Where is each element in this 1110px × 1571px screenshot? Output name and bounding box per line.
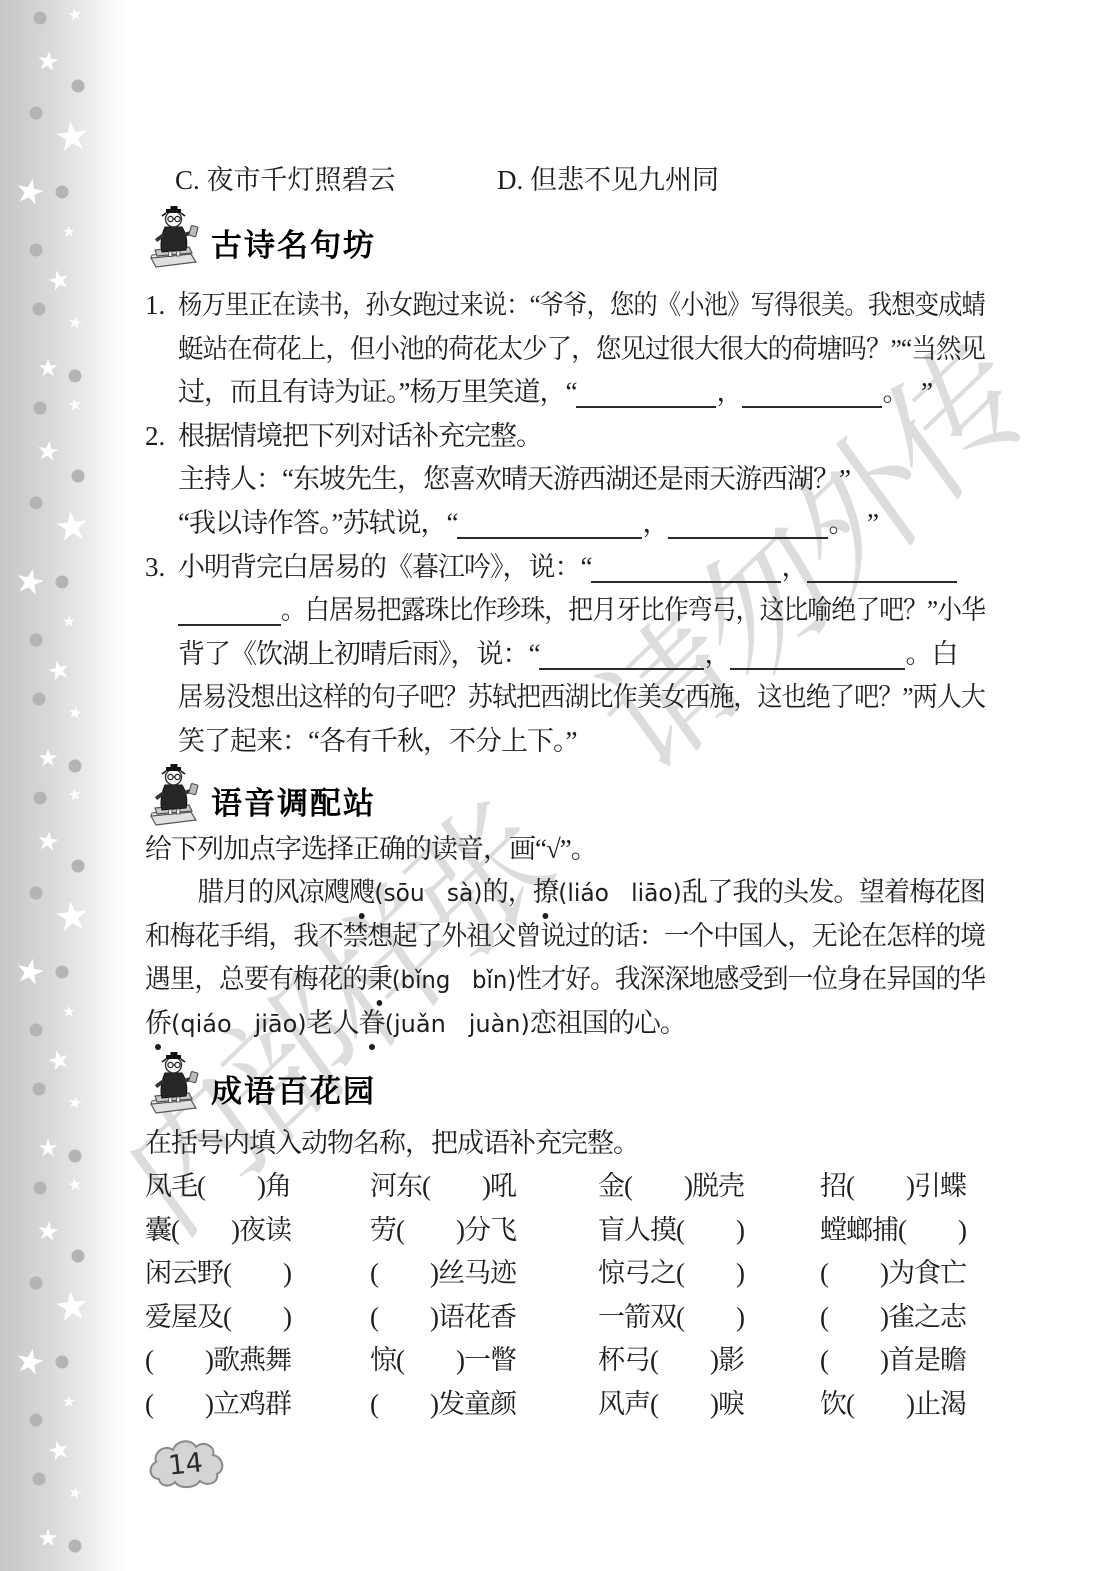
- text-line: 侨(qiáo jiāo)老人眷(juǎn juàn)恋祖国的心。: [145, 1002, 990, 1046]
- idiom-cell: 盲人摸( ): [598, 1209, 820, 1253]
- text-line: 主持人：“东坡先生，您喜欢晴天游西湖还是雨天游西湖？”: [178, 458, 990, 502]
- idiom-cell: ( )雀之志: [820, 1296, 990, 1340]
- pinyin-options: (sōu sà): [374, 879, 482, 907]
- exercise-item-3: 3.小明背完白居易的《暮江吟》，说：“， 。白居易把露珠比作珍珠，把月牙比作弯弓…: [145, 546, 990, 764]
- text-line: 笑了起来：“各有千秋，不分上下。”: [178, 720, 990, 764]
- dotted-char: 秉: [367, 958, 392, 1002]
- dot-decoration: [56, 576, 69, 589]
- dot-decoration: [30, 887, 43, 900]
- star-icon: ★: [35, 828, 62, 857]
- dot-decoration: [72, 470, 85, 483]
- dot-decoration: [33, 1473, 46, 1486]
- idiom-cell: 一箭双( ): [598, 1296, 820, 1340]
- dot-decoration: [69, 370, 82, 383]
- text-line: 2.根据情境把下列对话补充完整。: [178, 415, 990, 459]
- idiom-cell: 囊( )夜读: [145, 1209, 370, 1253]
- star-icon: ★: [52, 115, 92, 159]
- star-icon: ★: [45, 656, 74, 687]
- dot-decoration: [34, 12, 47, 25]
- dot-decoration: [33, 1083, 46, 1096]
- idiom-cell: 螳螂捕( ): [820, 1209, 990, 1253]
- exercise-item-1: 1.杨万里正在读书，孙女跑过来说：“爷爷，您的《小池》写得很美。我想变成蜻 蜓站…: [145, 284, 990, 415]
- idiom-cell: 杯弓( )影: [598, 1339, 820, 1383]
- star-icon: ★: [45, 1436, 74, 1467]
- star-icon: ★: [52, 505, 92, 549]
- item-number: 2.: [145, 415, 178, 459]
- dotted-char: 撩: [533, 871, 558, 915]
- star-icon: ★: [67, 396, 84, 414]
- dot-decoration: [56, 1356, 69, 1369]
- dot-decoration: [72, 860, 85, 873]
- scholar-icon: [145, 764, 203, 828]
- section-title-idioms: 成语百花园: [211, 1077, 376, 1116]
- dot-decoration: [56, 186, 69, 199]
- star-icon: ★: [35, 48, 62, 77]
- text-line: 1.杨万里正在读书，孙女跑过来说：“爷爷，您的《小池》写得很美。我想变成蜻: [178, 284, 990, 328]
- dot-decoration: [72, 1250, 85, 1263]
- pinyin-options: (juǎn juàn): [385, 1010, 530, 1038]
- option-c: C. 夜市千灯照碧云: [175, 158, 497, 202]
- dotted-char: 侨: [145, 1002, 171, 1046]
- answer-blank: [730, 638, 905, 670]
- choice-options-row: C. 夜市千灯照碧云 D. 但悲不见九州同: [145, 158, 990, 202]
- dot-decoration: [30, 107, 43, 120]
- star-icon: ★: [35, 438, 62, 467]
- idiom-cell: 劳( )分飞: [370, 1209, 598, 1253]
- dot-decoration: [69, 760, 82, 773]
- answer-blank: [576, 376, 716, 408]
- dot-decoration: [34, 792, 47, 805]
- dotted-char: 眷: [359, 1002, 385, 1046]
- star-icon: ★: [12, 952, 49, 992]
- answer-blank: [742, 376, 882, 408]
- star-icon: ★: [62, 1395, 75, 1410]
- star-icon: ★: [62, 1005, 75, 1020]
- text-line: 过，而且有诗为证。”杨万里笑道，“，。 ”: [178, 371, 990, 415]
- dot-decoration: [30, 1414, 43, 1427]
- text-line: 和梅花手绢，我不禁想起了外祖父曾说过的话：一个中国人，无论在怎样的境: [145, 915, 990, 959]
- star-icon: ★: [52, 1285, 92, 1329]
- text-line: 背了《饮湖上初晴后雨》，说：“，。白: [178, 633, 990, 677]
- page-number-cloud: 14: [146, 1434, 226, 1495]
- text-line: 居易没想出这样的句子吧？苏轼把西湖比作美女西施，这也绝了吧？”两人大: [178, 676, 990, 720]
- star-icon: ★: [62, 225, 75, 240]
- text-line: “我以诗作答。”苏轼说，“，。 ”: [178, 502, 990, 546]
- star-icon: ★: [12, 172, 49, 212]
- text-line: 3.小明背完白居易的《暮江吟》，说：“，: [178, 546, 990, 590]
- dot-decoration: [34, 1182, 47, 1195]
- item-number: 1.: [145, 284, 178, 328]
- text-line: 腊月的风凉飕飕(sōu sà)的，撩(liáo liāo)乱了我的头发。望着梅花…: [145, 871, 990, 915]
- star-icon: ★: [67, 6, 84, 24]
- answer-blank: [539, 638, 704, 670]
- answer-blank: [668, 507, 828, 539]
- pinyin-options: (liáo liāo): [558, 879, 682, 907]
- star-icon: ★: [67, 786, 84, 804]
- idiom-cell: ( )立鸡群: [145, 1383, 370, 1427]
- dotted-char: 飕: [349, 871, 374, 915]
- dot-decoration: [34, 402, 47, 415]
- section-title-poetry: 古诗名句坊: [211, 231, 376, 270]
- idiom-grid: 凤毛( )角河东( )吼金( )脱壳招( )引蝶囊( )夜读劳( )分飞盲人摸(…: [145, 1165, 990, 1427]
- scholar-icon: [145, 206, 203, 270]
- dot-decoration: [30, 497, 43, 510]
- idiom-cell: ( )为食亡: [820, 1252, 990, 1296]
- section-header-idioms: 成语百花园: [145, 1052, 990, 1116]
- dot-decoration: [69, 1540, 82, 1553]
- star-icon: ★: [45, 1046, 74, 1077]
- answer-blank: [807, 551, 957, 583]
- star-icon: ★: [67, 1094, 84, 1112]
- idiom-cell: ( )发童颜: [370, 1383, 598, 1427]
- star-icon: ★: [12, 1342, 49, 1382]
- idiom-cell: 饮( )止渴: [820, 1383, 990, 1427]
- star-icon: ★: [67, 1484, 84, 1502]
- dot-decoration: [30, 1277, 43, 1290]
- idiom-cell: 风声( )唳: [598, 1383, 820, 1427]
- star-icon: ★: [37, 1526, 59, 1550]
- exercise-item-2: 2.根据情境把下列对话补充完整。 主持人：“东坡先生，您喜欢晴天游西湖还是雨天游…: [145, 415, 990, 546]
- pinyin-options: (bǐng bǐn): [392, 966, 516, 994]
- option-d: D. 但悲不见九州同: [497, 158, 719, 202]
- section-header-pronunciation: 语音调配站: [145, 764, 990, 828]
- text-line: 遇里，总要有梅花的秉(bǐng bǐn)性才好。我深深地感受到一位身在异国的华: [145, 958, 990, 1002]
- dot-decoration: [72, 80, 85, 93]
- dot-decoration: [33, 693, 46, 706]
- pronunciation-passage: 腊月的风凉飕飕(sōu sà)的，撩(liáo liāo)乱了我的头发。望着梅花…: [145, 871, 990, 1045]
- dot-decoration: [30, 1024, 43, 1037]
- star-icon: ★: [62, 615, 75, 630]
- star-icon: ★: [67, 314, 84, 332]
- page-content: C. 夜市千灯照碧云 D. 但悲不见九州同 古诗名句坊 1.杨万里正在读书，孙女…: [145, 158, 990, 1427]
- pinyin-options: (qiáo jiāo): [171, 1010, 307, 1038]
- idiom-cell: 招( )引蝶: [820, 1165, 990, 1209]
- star-icon: ★: [35, 1218, 62, 1247]
- star-icon: ★: [52, 895, 92, 939]
- idiom-cell: 惊( )一瞥: [370, 1339, 598, 1383]
- star-icon: ★: [45, 266, 74, 297]
- idiom-cell: 河东( )吼: [370, 1165, 598, 1209]
- section-header-poetry: 古诗名句坊: [145, 206, 990, 270]
- idiom-cell: 爱屋及( ): [145, 1296, 370, 1340]
- dot-decoration: [56, 966, 69, 979]
- idioms-instruction: 在括号内填入动物名称，把成语补充完整。: [145, 1122, 990, 1166]
- star-icon: ★: [67, 704, 84, 722]
- idiom-cell: 凤毛( )角: [145, 1165, 370, 1209]
- star-icon: ★: [37, 746, 59, 770]
- decorative-star-strip: ★★★★★★★★★★★★★★★★★★★★★★★★★★★★★★★★: [0, 0, 127, 1571]
- star-icon: ★: [37, 356, 59, 380]
- text-line: 。白居易把露珠比作珍珠，把月牙比作弯弓，这比喻绝了吧？”小华: [178, 589, 990, 633]
- section-title-pronunciation: 语音调配站: [211, 789, 376, 828]
- dot-decoration: [33, 303, 46, 316]
- text-line: 蜓站在荷花上，但小池的荷花太少了，您见过很大很大的荷塘吗？”“当然见: [178, 328, 990, 372]
- answer-blank: [178, 594, 281, 626]
- idiom-cell: 金( )脱壳: [598, 1165, 820, 1209]
- idiom-cell: ( )首是瞻: [820, 1339, 990, 1383]
- answer-blank: [591, 551, 781, 583]
- dot-decoration: [30, 634, 43, 647]
- star-icon: ★: [12, 562, 49, 602]
- pronunciation-instruction: 给下列加点字选择正确的读音，画“√”。: [145, 828, 990, 872]
- idiom-cell: 惊弓之( ): [598, 1252, 820, 1296]
- page-number: 14: [167, 1447, 204, 1481]
- idiom-cell: ( )歌燕舞: [145, 1339, 370, 1383]
- dot-decoration: [30, 244, 43, 257]
- item-number: 3.: [145, 546, 178, 590]
- answer-blank: [457, 507, 642, 539]
- idiom-cell: ( )语花香: [370, 1296, 598, 1340]
- scholar-icon: [145, 1052, 203, 1116]
- idiom-cell: ( )丝马迹: [370, 1252, 598, 1296]
- idiom-cell: 闲云野( ): [145, 1252, 370, 1296]
